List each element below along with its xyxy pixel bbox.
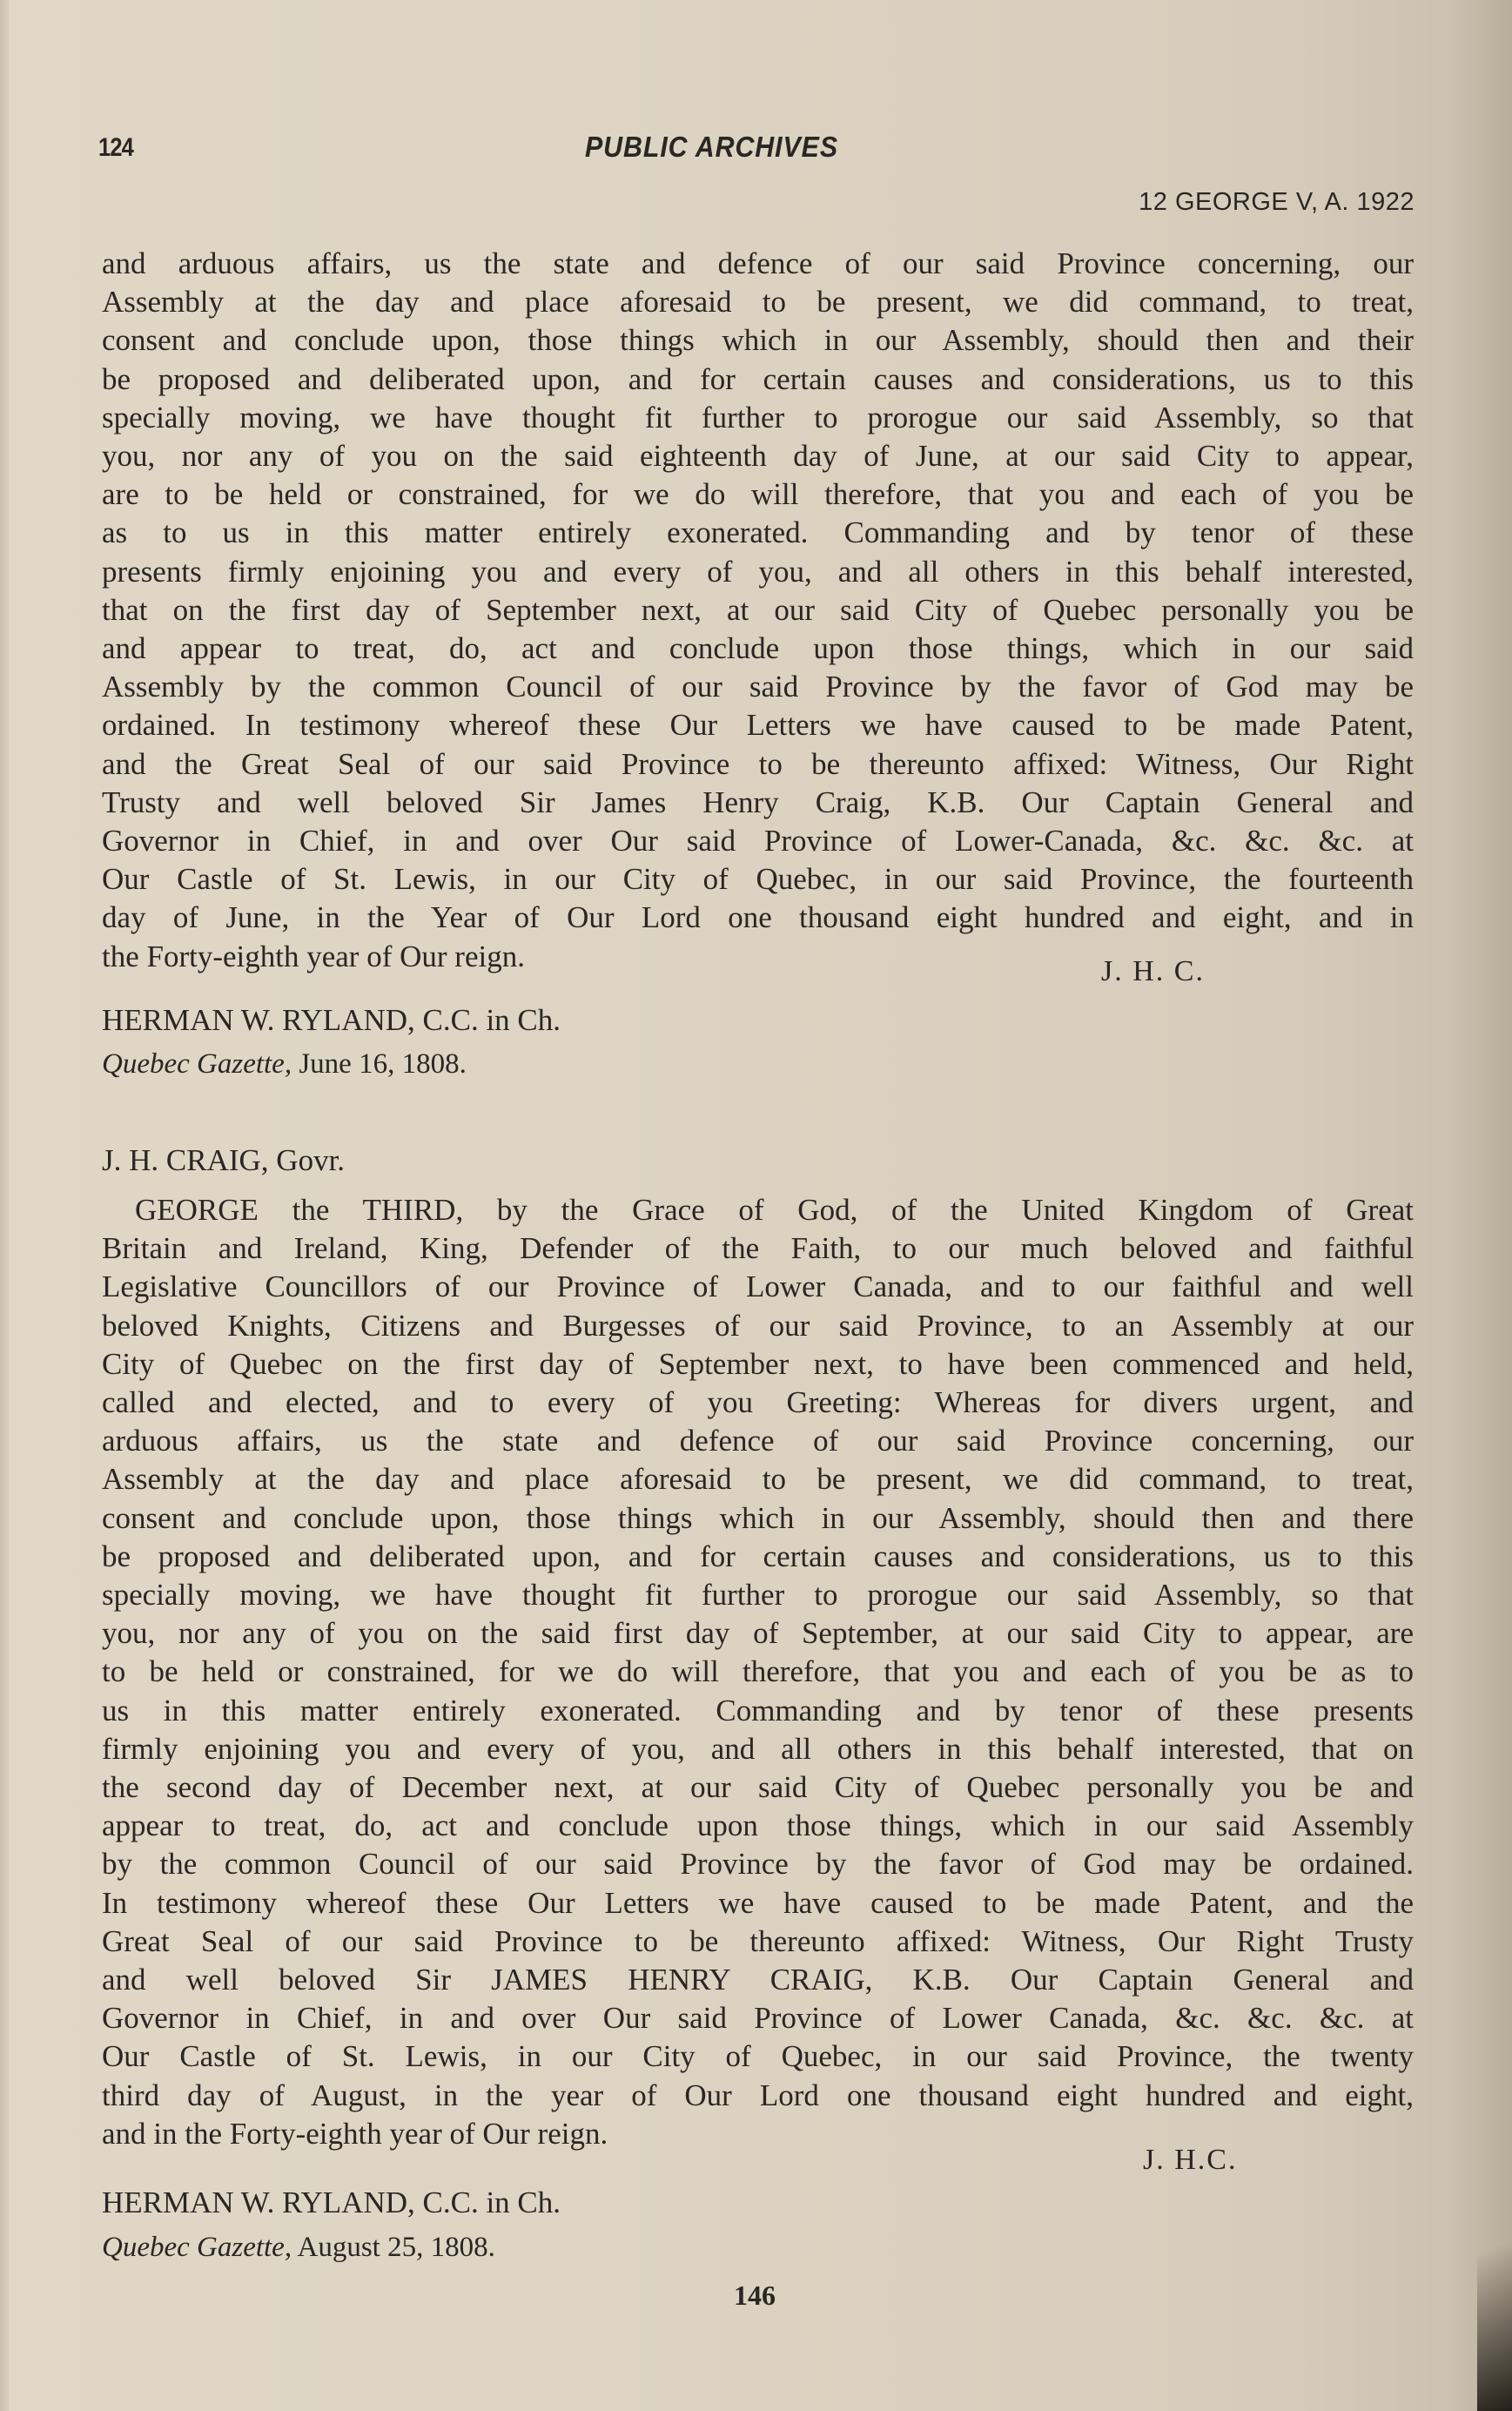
text-line: to be held or constrained, for we do wil…	[102, 1653, 1414, 1691]
signature-initials-2: J. H.C.	[1143, 2144, 1237, 2177]
text-line: consent and conclude upon, those things …	[102, 321, 1414, 360]
text-line: as to us in this matter entirely exonera…	[102, 514, 1414, 552]
text-line: by the common Council of our said Provin…	[102, 1845, 1414, 1883]
text-line: Trusty and well beloved Sir James Henry …	[102, 784, 1414, 822]
text-line: that on the first day of September next,…	[102, 591, 1414, 630]
text-line: and arduous affairs, us the state and de…	[102, 245, 1414, 283]
text-line: be proposed and deliberated upon, and fo…	[102, 1538, 1414, 1576]
text-line: Assembly at the day and place aforesaid …	[102, 1460, 1414, 1498]
header-page-number: 124	[98, 133, 133, 163]
text-line: Assembly at the day and place aforesaid …	[102, 283, 1414, 321]
text-line: and well beloved Sir JAMES HENRY CRAIG, …	[102, 1961, 1414, 1999]
text-line: are to be held or constrained, for we do…	[102, 475, 1414, 514]
text-line: consent and conclude upon, those things …	[102, 1499, 1414, 1538]
page-corner-shadow	[1477, 2045, 1512, 2411]
page-edge	[0, 0, 9, 2411]
text-line: Our Castle of St. Lewis, in our City of …	[102, 2037, 1414, 2076]
text-line: day of June, in the Year of Our Lord one…	[102, 899, 1414, 937]
proclamation-1-body: and arduous affairs, us the state and de…	[102, 245, 1425, 976]
text-line: Great Seal of our said Province to be th…	[102, 1923, 1414, 1961]
source-date: June 16, 1808.	[292, 1048, 467, 1080]
text-line: Britain and Ireland, King, Defender of t…	[102, 1229, 1414, 1268]
text-line: beloved Knights, Citizens and Burgesses …	[102, 1307, 1414, 1345]
text-line: called and elected, and to every of you …	[102, 1384, 1414, 1422]
text-line: you, nor any of you on the said first da…	[102, 1614, 1414, 1653]
text-line: specially moving, we have thought fit fu…	[102, 399, 1414, 437]
original-page-number: 146	[734, 2280, 776, 2312]
text-line: Governor in Chief, in and over Our said …	[102, 822, 1414, 860]
text-line: and the Great Seal of our said Province …	[102, 745, 1414, 784]
source-citation-2: Quebec Gazette, August 25, 1808.	[102, 2232, 495, 2264]
text-line: specially moving, we have thought fit fu…	[102, 1576, 1414, 1614]
text-line: appear to treat, do, act and conclude up…	[102, 1807, 1414, 1845]
proclamation-2-body: GEORGE the THIRD, by the Grace of God, o…	[102, 1191, 1425, 2153]
source-publication: Quebec Gazette,	[102, 1048, 292, 1080]
text-line: Assembly by the common Council of our sa…	[102, 668, 1414, 706]
text-line: be proposed and deliberated upon, and fo…	[102, 360, 1414, 399]
session-label: 12 GEORGE V, A. 1922	[1139, 188, 1415, 217]
attestation-1: HERMAN W. RYLAND, C.C. in Ch.	[102, 1003, 561, 1038]
text-line: GEORGE the THIRD, by the Grace of God, o…	[102, 1191, 1414, 1229]
text-line: City of Quebec on the first day of Septe…	[102, 1345, 1414, 1384]
text-line: you, nor any of you on the said eighteen…	[102, 437, 1414, 475]
text-line: the second day of December next, at our …	[102, 1768, 1414, 1807]
text-line: Legislative Councillors of our Province …	[102, 1268, 1414, 1306]
source-citation-1: Quebec Gazette, June 16, 1808.	[102, 1048, 467, 1081]
source-date: August 25, 1808.	[292, 2232, 495, 2263]
text-line: Governor in Chief, in and over Our said …	[102, 1999, 1414, 2037]
text-line: arduous affairs, us the state and defenc…	[102, 1422, 1414, 1460]
attestation-2: HERMAN W. RYLAND, C.C. in Ch.	[102, 2185, 561, 2220]
document-page: 124 PUBLIC ARCHIVES 12 GEORGE V, A. 1922…	[0, 0, 1512, 2411]
running-title: PUBLIC ARCHIVES	[585, 131, 838, 164]
text-line: and appear to treat, do, act and conclud…	[102, 630, 1414, 668]
signature-initials-1: J. H. C.	[1101, 955, 1205, 988]
text-line: us in this matter entirely exonerated. C…	[102, 1692, 1414, 1730]
governor-heading: J. H. CRAIG, Govr.	[102, 1143, 345, 1178]
text-line: presents firmly enjoining you and every …	[102, 553, 1414, 591]
text-line: third day of August, in the year of Our …	[102, 2077, 1414, 2115]
text-line: ordained. In testimony whereof these Our…	[102, 706, 1414, 744]
source-publication: Quebec Gazette,	[102, 2232, 292, 2263]
text-line: In testimony whereof these Our Letters w…	[102, 1884, 1414, 1923]
text-line: firmly enjoining you and every of you, a…	[102, 1730, 1414, 1768]
text-line: the Forty-eighth year of Our reign.	[102, 938, 1414, 976]
text-line: Our Castle of St. Lewis, in our City of …	[102, 860, 1414, 899]
